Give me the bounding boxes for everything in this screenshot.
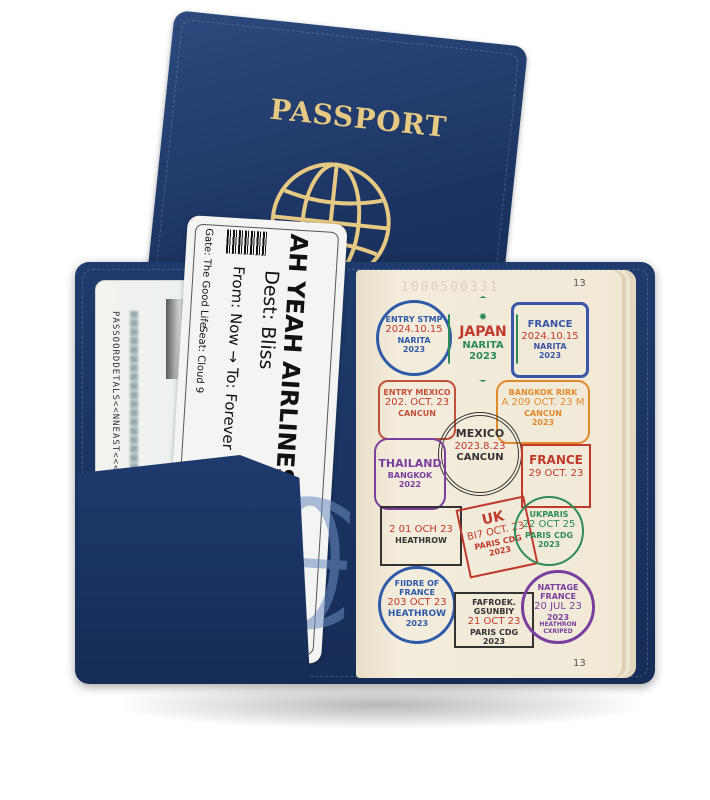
stamp-heathron: NATTAGE FRANCE 20 JUL 23 2023 HEATHRON C… (521, 570, 595, 644)
stamp-heathrow-box: 2 01 OCH 23 HEATHROW (380, 506, 462, 566)
stamp-entry-narita: ENTRY STMP 2024.10.15 NARITA 2023 (376, 300, 452, 376)
blurred-details (130, 311, 138, 471)
stamp-japan: ✹ JAPAN NARITA 2023 (448, 296, 518, 382)
stamp-mexico-cancun: MEXICO 2023.8.23 CANCUN (438, 412, 522, 496)
drop-shadow (110, 680, 650, 730)
visa-pages: 1000500331 13 13 ENTRY STMP 2024.10.15 N… (356, 270, 636, 678)
barcode-icon (226, 229, 267, 255)
stamp-ukparis: UKPARIS 22 OCT 25 PARIS CDG 2023 (514, 496, 584, 566)
mrz-line: PASSOORDDETALS<<NNEAST<<< (110, 311, 120, 471)
stamp-france-narita: FRANCE 2024.10.15 NARITA 2023 (511, 302, 589, 378)
stamp-heathrow-circle: FIIDRE OF FRANCE 203 OCT 23 HEATHROW 202… (378, 566, 456, 644)
page-serial: 1000500331 (401, 280, 499, 295)
page-number-bottom: 13 (573, 658, 586, 669)
cover-title: PASSPORT (268, 93, 448, 144)
page-number-top: 13 (573, 278, 586, 289)
stamp-thailand: THAILAND BANGKOK 2022 (374, 438, 446, 510)
